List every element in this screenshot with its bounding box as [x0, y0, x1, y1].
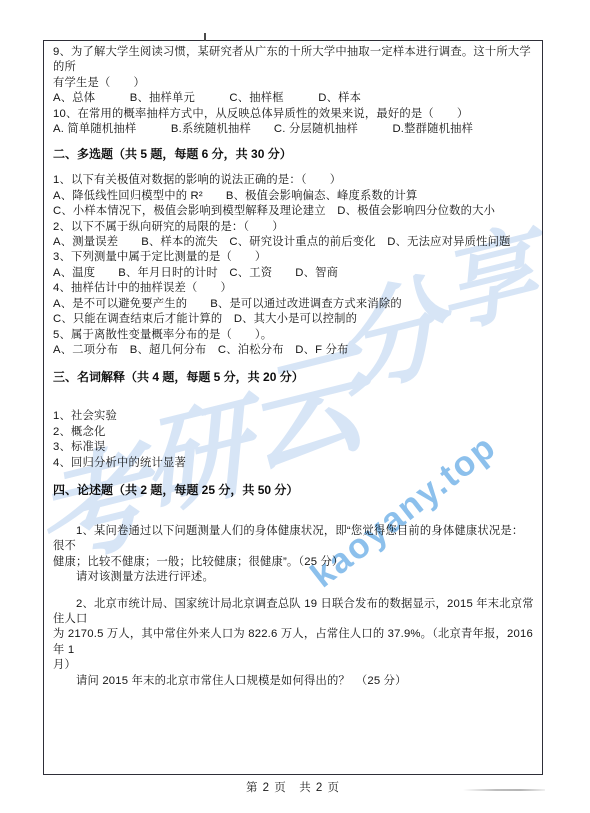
essay-q2-line: 2、北京市统计局、国家统计局北京调查总队 19 日联合发布的数据显示，2015 …: [53, 597, 534, 628]
mc-question-line: C、小样本情况下，极值会影响到模型解释及理论建立 D、极值会影响四分位数的大小: [53, 204, 534, 219]
mc-question-line: A、是不可以避免要产生的 B、是可以通过改进调查方式来消除的: [53, 297, 534, 312]
page-number-footer: 第 2 页 共 2 页: [43, 779, 543, 795]
mc-question-line: A、温度 B、年月日时的计时 C、工资 D、智商: [53, 266, 534, 281]
essay-q2-line: 为 2170.5 万人，其中常住外来人口为 822.6 万人，占常住人口的 37…: [53, 627, 534, 658]
section-terms-heading: 三、名词解释（共 4 题，每题 5 分，共 20 分）: [53, 369, 534, 385]
section-essay-heading: 四、论述题（共 2 题，每题 25 分，共 50 分）: [53, 482, 534, 498]
section-multi-choice-heading: 二、多选题（共 5 题，每题 6 分，共 30 分）: [53, 146, 534, 162]
mc-question-line: 1、以下有关极值对数据的影响的说法正确的是：（ ）: [53, 173, 534, 188]
essay-q1-line: 请对该测量方法进行评述。: [53, 570, 534, 585]
question-9-options: A、总体 B、抽样单元 C、抽样框 D、样本: [53, 91, 534, 106]
exam-content-frame: 9、为了解大学生阅读习惯，某研究者从广东的十所大学中抽取一定样本进行调查。这十所…: [43, 40, 543, 775]
term-item: 4、回归分析中的统计显著: [53, 456, 534, 471]
mc-question-line: A、测量误差 B、样本的流失 C、研究设计重点的前后变化 D、无法应对异质性问题: [53, 235, 534, 250]
mc-question-line: A、二项分布 B、超几何分布 C、泊松分布 D、F 分布: [53, 343, 534, 358]
essay-q2-line: 月）: [53, 658, 534, 673]
term-item: 1、社会实验: [53, 409, 534, 424]
essay-q1-line: 健康；比较不健康；一般；比较健康；很健康”。（25 分）: [53, 555, 534, 570]
term-item: 2、概念化: [53, 425, 534, 440]
question-10-line: 10、在常用的概率抽样方式中，从反映总体异质性的效果来说，最好的是（ ）: [53, 107, 534, 122]
mc-question-line: 2、以下不属于纵向研究的局限的是：（ ）: [53, 220, 534, 235]
scan-artifact-tick: [204, 33, 206, 41]
question-9-line: 有学生是（ ）: [53, 76, 534, 91]
question-10-options: A. 简单随机抽样 B.系统随机抽样 C. 分层随机抽样 D.整群随机抽样: [53, 122, 534, 137]
question-9-line: 9、为了解大学生阅读习惯，某研究者从广东的十所大学中抽取一定样本进行调查。这十所…: [53, 45, 534, 76]
mc-question-line: 4、抽样估计中的抽样误差（ ）: [53, 281, 534, 296]
mc-question-line: 5、属于离散性变量概率分布的是（ ）。: [53, 328, 534, 343]
mc-question-line: A、降低线性回归模型中的 R² B、极值会影响偏态、峰度系数的计算: [53, 189, 534, 204]
essay-q2-line: 请问 2015 年末的北京市常住人口规模是如何得出的？ （25 分）: [53, 674, 534, 689]
essay-q1-line: 1、某问卷通过以下问题测量人们的身体健康状况，即“您觉得您目前的身体健康状况是：…: [53, 524, 534, 555]
term-item: 3、标准误: [53, 440, 534, 455]
mc-question-line: C、只能在调查结束后才能计算的 D、其大小是可以控制的: [53, 312, 534, 327]
mc-question-line: 3、下列测量中属于定比测量的是（ ）: [53, 250, 534, 265]
